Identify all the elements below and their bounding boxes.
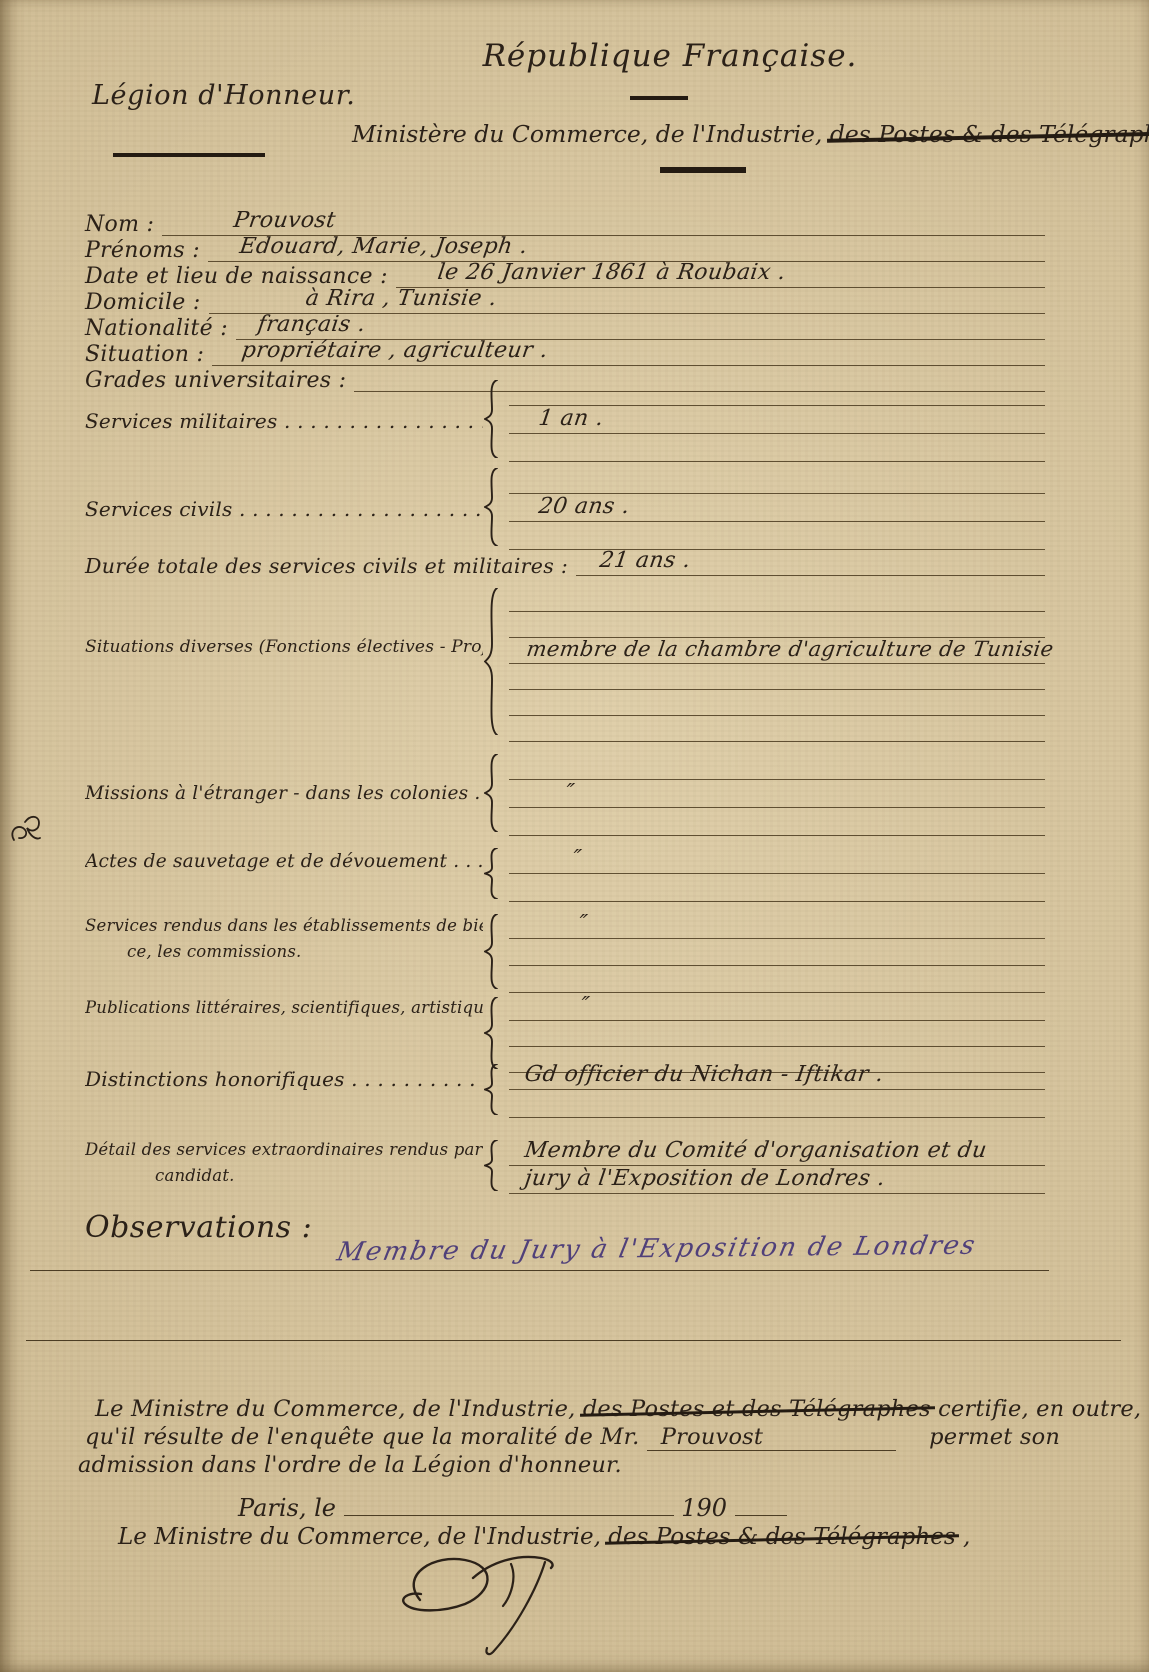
certification-struck-text: des Postes et des Télégraphes	[583, 1396, 931, 1422]
certification-line-3: admission dans l'ordre de la Légion d'ho…	[78, 1452, 622, 1478]
field-label-services-militaires: Services militaires . . . . . . . . . . …	[85, 410, 483, 432]
field-value-services-civils: 20 ans .	[537, 494, 631, 519]
ruled-line	[509, 966, 1045, 993]
ruled-line: ″	[509, 995, 1045, 1021]
brace-icon	[484, 380, 500, 458]
ministry-struck-text: des Postes & des Télégraphes	[830, 120, 1149, 148]
ruled-line: ″	[509, 780, 1045, 808]
observations-value: Membre du Jury à l'Exposition de Londres	[334, 1231, 979, 1268]
field-label-bienfaisance-2: ce, les commissions.	[127, 943, 525, 961]
page-title: République Française.	[460, 38, 880, 74]
field-row-duree-totale: Durée totale des services civils et mili…	[85, 546, 1045, 576]
brace-icon	[484, 588, 500, 735]
ruled-line	[509, 752, 1045, 780]
field-group-actes-sauvetage: Actes de sauvetage et de dévouement . . …	[85, 846, 1045, 900]
field-label-services-civils: Services civils . . . . . . . . . . . . …	[85, 498, 483, 520]
ruled-line: ″	[509, 846, 1045, 874]
field-value-situation: propriétaire , agriculteur .	[240, 338, 550, 363]
minister-signature	[365, 1548, 625, 1658]
scanned-form-page: République Française. Légion d'Honneur. …	[0, 0, 1149, 1672]
ruled-line: Gd officier du Nichan - Iftikar .	[509, 1062, 1045, 1090]
brace-icon	[484, 1140, 500, 1191]
legion-honneur-heading: Légion d'Honneur.	[92, 80, 355, 111]
field-value-domicile: à Rira , Tunisie .	[304, 286, 498, 311]
field-value-naissance: le 26 Janvier 1861 à Roubaix .	[436, 260, 787, 285]
ruled-line: 21 ans .	[576, 545, 1045, 576]
observations-label: Observations :	[85, 1210, 312, 1245]
ruled-line-block: 20 ans .	[509, 466, 1045, 550]
ruled-line-block: ″	[509, 752, 1045, 836]
date-line: Paris, le 190	[238, 1490, 787, 1522]
field-group-detail-services: Détail des services extraordinaires rend…	[85, 1138, 1045, 1192]
field-label-situations-diverses: Situations diverses (Fonctions électives…	[85, 638, 483, 657]
minister-signature-line: Le Ministre du Commerce, de l'Industrie,…	[118, 1524, 970, 1550]
ruled-line-block: ″	[509, 912, 1045, 993]
brace-icon	[484, 468, 500, 546]
certification-text: Le Ministre du Commerce, de l'Industrie,	[95, 1396, 575, 1422]
date-year-prefix: 190	[681, 1494, 727, 1522]
ruled-line: Membre du Comité d'organisation et du	[509, 1138, 1045, 1166]
field-value-bienfaisance: ″	[577, 911, 589, 936]
field-group-distinctions: Distinctions honorifiques . . . . . . . …	[85, 1062, 1045, 1116]
ruled-line	[509, 808, 1045, 836]
field-value-publications: ″	[579, 993, 591, 1018]
field-label-bienfaisance-1: Services rendus dans les établissements …	[85, 917, 483, 935]
ministry-underline	[660, 167, 746, 173]
brace-icon	[484, 848, 500, 899]
ministry-heading: Ministère du Commerce, de l'Industrie, d…	[352, 120, 1149, 148]
ruled-line: 20 ans .	[509, 494, 1045, 522]
blank-date-rule	[344, 1490, 674, 1516]
field-label-actes-sauvetage: Actes de sauvetage et de dévouement . . …	[85, 852, 483, 872]
ruled-line	[26, 1340, 1121, 1341]
ruled-line-block: ″	[509, 846, 1045, 902]
field-value-duree-totale: 21 ans .	[598, 548, 692, 573]
field-label-publications: Publications littéraires, scientifiques,…	[85, 999, 483, 1017]
field-group-missions-etranger: Missions à l'étranger - dans les colonie…	[85, 752, 1045, 833]
brace-icon	[484, 1064, 500, 1115]
ruled-line-block: membre de la chambre d'agriculture de Tu…	[509, 586, 1045, 742]
field-value-nom: Prouvost	[232, 208, 337, 233]
field-value-actes-sauvetage: ″	[571, 846, 583, 871]
ruled-line	[30, 1270, 1049, 1271]
certification-line-2: qu'il résulte de l'enquête que la morali…	[85, 1424, 1060, 1451]
ruled-line	[509, 1021, 1045, 1047]
field-label-detail-services-1: Détail des services extraordinaires rend…	[85, 1141, 483, 1159]
ministry-heading-text: Ministère du Commerce, de l'Industrie,	[352, 120, 822, 148]
field-value-situations-diverses: membre de la chambre d'agriculture de Tu…	[525, 637, 1055, 661]
field-value-nationalite: français .	[256, 312, 367, 337]
field-group-bienfaisance: Services rendus dans les établissements …	[85, 912, 1045, 990]
margin-ink-mark	[6, 806, 46, 852]
minister-struck-text: des Postes & des Télégraphes	[608, 1524, 955, 1550]
brace-icon	[484, 914, 500, 989]
field-label-duree-totale: Durée totale des services civils et mili…	[85, 556, 576, 577]
field-value-distinctions: Gd officier du Nichan - Iftikar .	[523, 1062, 885, 1087]
ruled-line	[509, 434, 1045, 462]
field-value-detail-services-2: jury à l'Exposition de Londres .	[523, 1166, 887, 1191]
field-value-detail-services-1: Membre du Comité d'organisation et du	[523, 1138, 989, 1163]
field-group-publications: Publications littéraires, scientifiques,…	[85, 995, 1045, 1070]
date-place-label: Paris, le	[238, 1494, 336, 1522]
field-group-services-civils: Services civils . . . . . . . . . . . . …	[85, 466, 1045, 547]
ruled-line	[509, 939, 1045, 966]
ruled-line	[509, 690, 1045, 716]
brace-icon	[484, 754, 500, 832]
certification-text: permet son	[903, 1424, 1060, 1450]
field-value-missions-etranger: ″	[564, 780, 576, 805]
certification-text: qu'il résulte de l'enquête que la morali…	[85, 1424, 639, 1450]
certification-line-1: Le Ministre du Commerce, de l'Industrie,…	[95, 1396, 1141, 1422]
certification-text: certifie, en outre,	[938, 1396, 1141, 1422]
title-underline	[630, 96, 688, 100]
ruled-line: membre de la chambre d'agriculture de Tu…	[509, 638, 1045, 664]
candidate-name: Prouvost	[647, 1424, 896, 1451]
field-value-prenoms: Edouard, Marie, Joseph .	[238, 234, 529, 259]
ruled-line-block: Membre du Comité d'organisation et du ju…	[509, 1138, 1045, 1194]
ruled-line	[509, 716, 1045, 742]
field-group-situations-diverses: Situations diverses (Fonctions électives…	[85, 586, 1045, 736]
ruled-line-block: Gd officier du Nichan - Iftikar .	[509, 1062, 1045, 1118]
ruled-line-block: 1 an .	[509, 378, 1045, 462]
ruled-line	[509, 378, 1045, 406]
blank-year-rule	[735, 1490, 787, 1516]
brace-icon	[484, 997, 500, 1069]
minister-title-punctuation: ,	[963, 1524, 970, 1550]
ruled-line	[509, 586, 1045, 612]
ruled-line	[509, 664, 1045, 690]
ruled-line	[509, 466, 1045, 494]
field-label-missions-etranger: Missions à l'étranger - dans les colonie…	[85, 784, 483, 804]
field-value-services-militaires: 1 an .	[537, 406, 605, 431]
ruled-line: jury à l'Exposition de Londres .	[509, 1166, 1045, 1194]
minister-title-text: Le Ministre du Commerce, de l'Industrie,	[118, 1524, 601, 1550]
ruled-line	[509, 612, 1045, 638]
ruled-line: 1 an .	[509, 406, 1045, 434]
field-group-services-militaires: Services militaires . . . . . . . . . . …	[85, 378, 1045, 459]
field-label-distinctions: Distinctions honorifiques . . . . . . . …	[85, 1068, 483, 1090]
ruled-line	[509, 874, 1045, 902]
ruled-line: ″	[509, 912, 1045, 939]
legion-underline	[113, 153, 265, 157]
ruled-line	[509, 1090, 1045, 1118]
